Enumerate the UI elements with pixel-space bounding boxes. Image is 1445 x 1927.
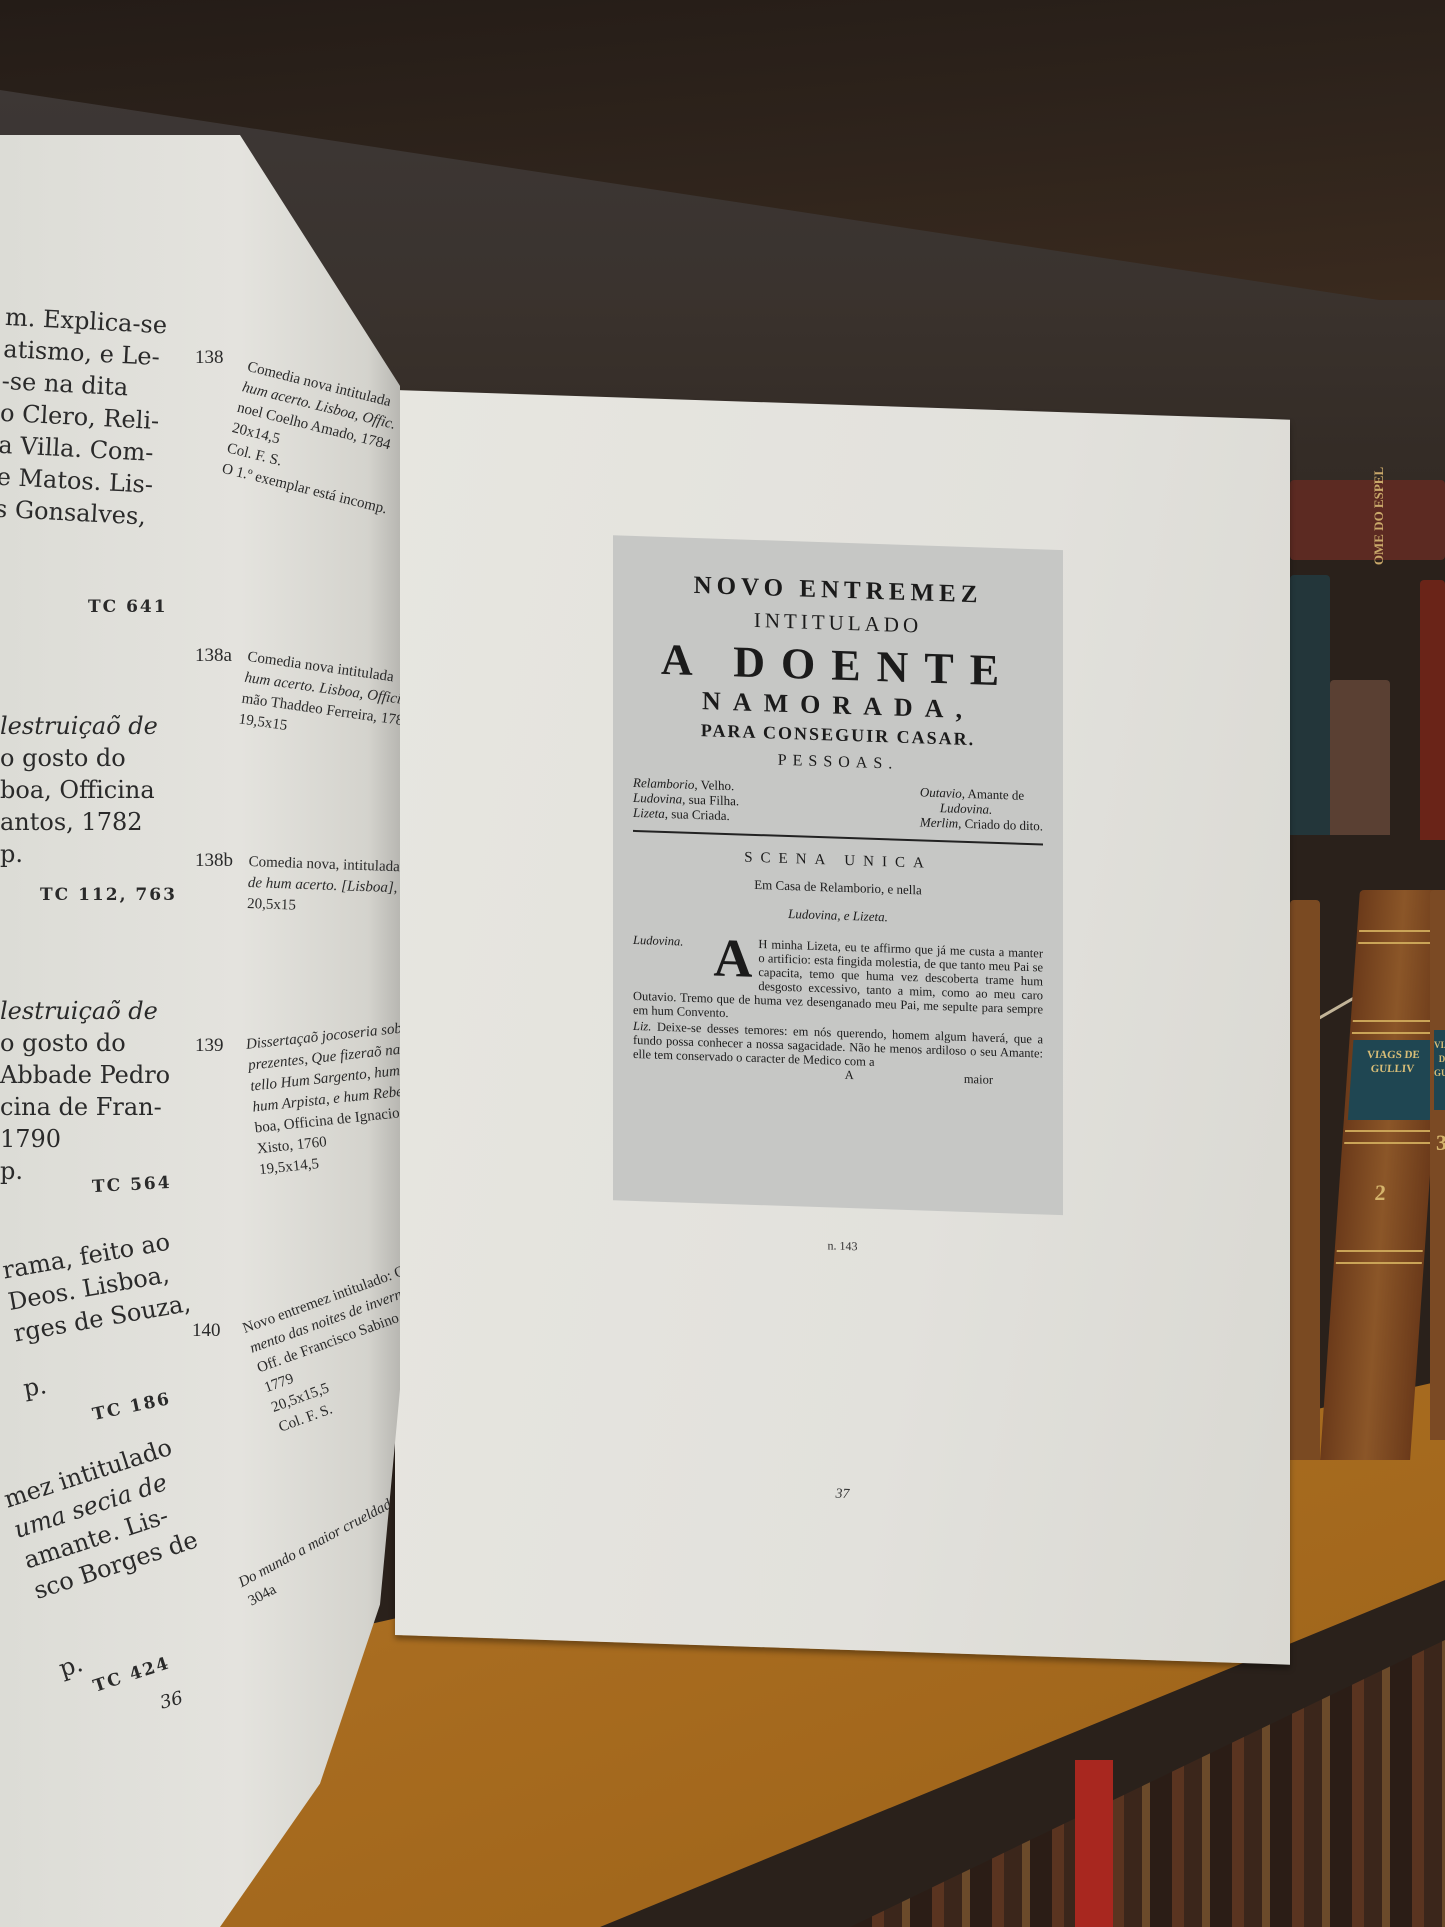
book-spine <box>1290 900 1320 1460</box>
dialogue: Ludovina. A H minha Lizeta, eu te affirm… <box>633 933 1043 1089</box>
text-block: rama, feito ao Deos. Lisboa, rges de Sou… <box>0 1224 203 1405</box>
text-line: antos, 1782 <box>0 806 158 838</box>
tc-reference: TC 112, 763 <box>40 885 177 905</box>
gulliver-volume-2: VIAGS DE GULLIV 2 <box>1320 890 1445 1460</box>
spine-label: VIAGS DE GULLIV <box>1348 1040 1436 1120</box>
speaker-name: Liz. <box>633 1019 651 1034</box>
catalogue-entry: 138b Comedia nova, intitulada de hum ace… <box>195 850 233 872</box>
scene-characters: Ludovina, e Lizeta. <box>613 900 1063 931</box>
entry-number: 138 <box>195 347 224 368</box>
catalogue-entry: 140 Novo entremez intitulado: O mento da… <box>192 1320 221 1342</box>
volume-number: 2 <box>1374 1180 1387 1206</box>
tc-reference: TC 186 <box>91 1389 173 1425</box>
book-spine <box>1290 575 1330 835</box>
volume-number: 3 <box>1436 1130 1445 1156</box>
spine-label: VIAGS DE GULLIV <box>1434 1030 1445 1110</box>
page-number: 37 <box>395 1472 1290 1518</box>
left-page: m. Explica-se atismo, e Le- -se na dita … <box>0 135 400 1927</box>
cast-name: Merlim <box>920 814 958 830</box>
cast-name: Outavio <box>920 784 962 800</box>
text-block: mez intitulado uma secia de amante. Lis-… <box>0 1431 231 1685</box>
speech-text: Deixe-se desses temores: em nós querendo… <box>633 1020 1043 1069</box>
cast-name: Lizeta <box>633 805 665 821</box>
text-block: lestruiçaõ de o gosto do boa, Officina a… <box>0 710 158 870</box>
text-block: m. Explica-se atismo, e Le- -se na dita … <box>0 301 168 533</box>
lower-red-book <box>1075 1760 1113 1927</box>
cast-column-left: Relamborio, Velho. Ludovina, sua Filha. … <box>633 775 739 824</box>
entry-text: Comedia nova intitulada hum acerto. Lisb… <box>220 357 415 520</box>
catalogue-entry: 139 Dissertaçaõ jocoseria sobre prezente… <box>195 1035 224 1057</box>
spine-title: OME DO ESPEL <box>1371 467 1387 565</box>
cast-role: , Velho. <box>694 777 734 793</box>
entry-number: 140 <box>192 1320 221 1341</box>
speaker-name: Ludovina. <box>633 933 683 949</box>
cast-name: Ludovina. <box>940 800 992 817</box>
text-line: lestruiçaõ de <box>0 995 170 1027</box>
text-line: p. <box>0 838 158 870</box>
gold-bands <box>1352 1020 1439 1034</box>
cast-column-right: Outavio, Amante de Ludovina. Merlim, Cri… <box>920 784 1043 833</box>
tc-reference: TC 564 <box>92 1173 173 1197</box>
scene-location: Em Casa de Relamborio, e nella <box>613 872 1063 903</box>
gold-bands <box>1344 1130 1431 1144</box>
catalogue-entry: 138a Comedia nova intitulada hum acerto.… <box>195 645 232 667</box>
text-block: lestruiçaõ de o gosto do Abbade Pedro ci… <box>0 995 170 1187</box>
book-spine <box>1420 580 1445 840</box>
right-page: NOVO ENTREMEZ INTITULADO A DOENTE NAMORA… <box>395 390 1290 1665</box>
entry-number: 138b <box>195 850 233 871</box>
plate-cast-heading: PESSOAS. <box>613 746 1063 779</box>
gulliver-volume-3: VIAGS DE GULLIV 3 <box>1430 890 1445 1440</box>
text-line: o gosto do <box>0 1027 170 1059</box>
book-lying-flat: OME DO ESPEL <box>1290 480 1445 560</box>
drop-cap: A <box>713 936 752 981</box>
entry-number: 138a <box>195 645 232 666</box>
text-block: Do mundo a maior crueldade 304a <box>235 1492 411 1612</box>
text-line: boa, Officina <box>0 774 158 806</box>
book-spine <box>1330 680 1390 835</box>
catalogue-entry: 138 Comedia nova intitulada hum acerto. … <box>195 347 224 369</box>
cast-role: , Criado do dito. <box>958 816 1043 834</box>
plate-caption: n. 143 <box>395 1224 1290 1269</box>
scene-title: SCENA UNICA <box>613 845 1063 877</box>
entry-text: Comedia nova intitulada hum acerto. Lisb… <box>237 647 420 754</box>
text-line: lestruiçaõ de <box>0 710 158 742</box>
text-line: o gosto do <box>0 742 158 774</box>
tc-reference: TC 641 <box>88 597 168 617</box>
antique-books: OME DO ESPEL VIAGS DE GULLIV 2 VIAGS DE … <box>1290 460 1445 1460</box>
page-number: 36 <box>158 1687 186 1713</box>
text-line: p. <box>21 1342 203 1405</box>
text-line: Abbade Pedro <box>0 1059 170 1091</box>
text-line: cina de Fran- <box>0 1091 170 1123</box>
entry-number: 139 <box>195 1035 224 1056</box>
title-page-facsimile: NOVO ENTREMEZ INTITULADO A DOENTE NAMORA… <box>613 535 1063 1215</box>
cast-name: Ludovina <box>633 790 682 807</box>
entry-text: Comedia nova, intitulada de hum acerto. … <box>247 852 412 921</box>
speech-text: H minha Lizeta, eu te affirmo que já me … <box>633 937 1043 1020</box>
gold-bands <box>1336 1250 1423 1264</box>
cast-list: Relamborio, Velho. Ludovina, sua Filha. … <box>633 775 1043 834</box>
cast-role: , sua Criada. <box>665 806 730 823</box>
catchword: maior <box>964 1072 993 1087</box>
signature-mark: A <box>845 1068 854 1082</box>
divider-rule <box>633 830 1043 846</box>
text-line: 1790 <box>0 1123 170 1155</box>
